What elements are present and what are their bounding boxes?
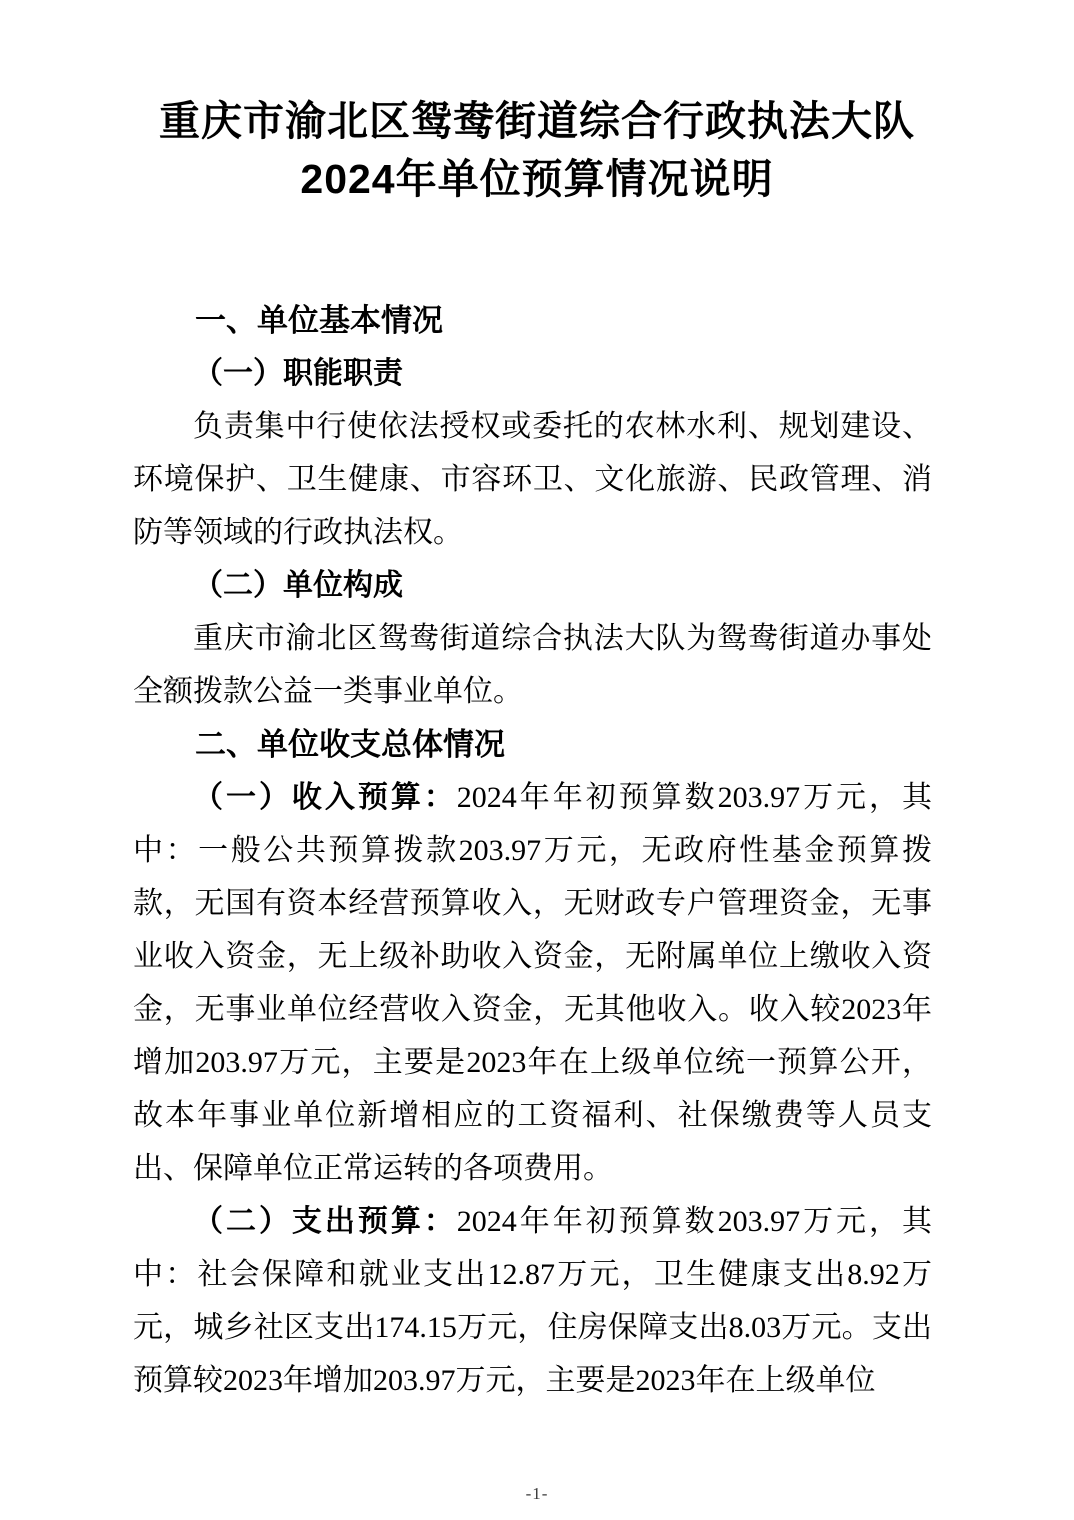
subsection-heading-composition: （二）单位构成 [133,559,932,612]
document-body: 一、单位基本情况 （一）职能职责 负责集中行使依法授权或委托的农林水利、规划建设… [133,294,932,1407]
paragraph-income-budget-text: 2024年年初预算数203.97万元，其中：一般公共预算拨款203.97万元，无… [133,781,932,1185]
document-page: 重庆市渝北区鸳鸯街道综合行政执法大队 2024年单位预算情况说明 一、单位基本情… [0,0,1074,1520]
section-heading-basic-info: 一、单位基本情况 [133,294,932,347]
paragraph-composition: 重庆市渝北区鸳鸯街道综合执法大队为鸳鸯街道办事处全额拨款公益一类事业单位。 [133,612,932,718]
document-title: 重庆市渝北区鸳鸯街道综合行政执法大队 2024年单位预算情况说明 [0,0,1074,208]
paragraph-expenditure-budget: （二）支出预算：2024年年初预算数203.97万元，其中：社会保障和就业支出1… [133,1195,932,1407]
document-title-line2: 2024年单位预算情况说明 [0,150,1074,208]
page-number: -1- [0,1484,1074,1504]
paragraph-duties: 负责集中行使依法授权或委托的农林水利、规划建设、环境保护、卫生健康、市容环卫、文… [133,400,932,559]
subsection-heading-duties: （一）职能职责 [133,347,932,400]
document-title-line1: 重庆市渝北区鸳鸯街道综合行政执法大队 [0,92,1074,150]
paragraph-expenditure-budget-lead: （二）支出预算： [193,1205,457,1238]
section-heading-revenue-expenditure: 二、单位收支总体情况 [133,718,932,771]
paragraph-income-budget: （一）收入预算：2024年年初预算数203.97万元，其中：一般公共预算拨款20… [133,771,932,1195]
paragraph-income-budget-lead: （一）收入预算： [193,781,457,814]
